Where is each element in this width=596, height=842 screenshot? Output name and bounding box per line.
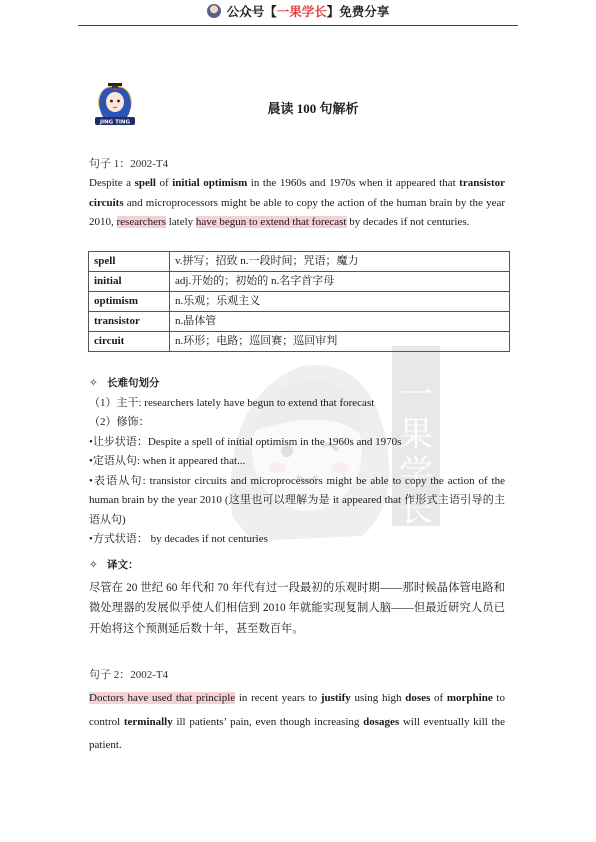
diamond-bullet-icon: ✧ bbox=[89, 374, 107, 394]
top-banner: 公众号【一果学长】免费分享 bbox=[0, 0, 596, 28]
vocab-meaning: n.乐观；乐观主义 bbox=[170, 292, 510, 312]
page-title-text: 晨读 100 句解析 bbox=[267, 98, 358, 117]
sentence-2-label: 句子 2：2002-T4 bbox=[89, 666, 168, 682]
text-segment: lately bbox=[166, 216, 196, 228]
highlight-subject: Doctors have used that principle bbox=[89, 692, 235, 704]
text-segment: in the 1960s and 1970s when it appeared … bbox=[247, 177, 459, 189]
analysis-line: •定语从句: when it appeared that... bbox=[89, 452, 505, 472]
analysis-line: •方式状语： by decades if not centuries bbox=[89, 530, 505, 550]
translation-section: ✧译文： 尽管在 20 世纪 60 年代和 70 年代有过一段最初的乐观时期——… bbox=[89, 556, 505, 639]
banner-suffix: 】免费分享 bbox=[327, 4, 390, 19]
keyword-dosages: dosages bbox=[363, 716, 399, 728]
keyword-initial-optimism: initial optimism bbox=[172, 177, 247, 189]
text-segment: by decades if not centuries. bbox=[347, 216, 470, 228]
vocab-meaning: n.晶体管 bbox=[170, 312, 510, 332]
analysis-heading-text: 长难句划分 bbox=[107, 377, 160, 389]
sentence-1-text: Despite a spell of initial optimism in t… bbox=[89, 174, 505, 233]
translation-heading: ✧译文： bbox=[89, 556, 505, 576]
text-segment: using high bbox=[351, 692, 405, 704]
table-row: circuitn.环形；电路；巡回赛；巡回审判 bbox=[89, 332, 510, 352]
banner-text: 公众号【一果学长】免费分享 bbox=[0, 4, 596, 20]
highlight-predicate: have begun to extend that forecast bbox=[196, 216, 347, 228]
text-segment: of bbox=[430, 692, 447, 704]
vocab-word: circuit bbox=[89, 332, 170, 352]
analysis-line: •让步状语：Despite a spell of initial optimis… bbox=[89, 433, 505, 453]
sentence-1-label: 句子 1：2002-T4 bbox=[89, 155, 168, 171]
translation-heading-text: 译文： bbox=[107, 559, 139, 571]
table-row: optimismn.乐观；乐观主义 bbox=[89, 292, 510, 312]
diamond-bullet-icon: ✧ bbox=[89, 556, 107, 576]
banner-brand: 一果学长 bbox=[277, 4, 327, 19]
keyword-doses: doses bbox=[405, 692, 430, 704]
keyword-spell: spell bbox=[135, 177, 156, 189]
vocab-meaning: adj.开始的；初始的 n.名字首字母 bbox=[170, 272, 510, 292]
sentence-2-text: Doctors have used that principle in rece… bbox=[89, 687, 505, 758]
highlight-subject: researchers bbox=[117, 216, 166, 228]
keyword-terminally: terminally bbox=[124, 716, 173, 728]
keyword-morphine: morphine bbox=[447, 692, 493, 704]
header-divider bbox=[78, 25, 518, 26]
text-segment: Despite a bbox=[89, 177, 135, 189]
table-row: transistorn.晶体管 bbox=[89, 312, 510, 332]
keyword-justify: justify bbox=[321, 692, 351, 704]
analysis-line: （2）修饰： bbox=[89, 413, 505, 433]
analysis-line: •表语从句: transistor circuits and microproc… bbox=[89, 472, 505, 531]
analysis-section: ✧长难句划分 （1）主干: researchers lately have be… bbox=[89, 374, 505, 550]
vocab-word: optimism bbox=[89, 292, 170, 312]
avatar-icon bbox=[207, 4, 221, 18]
analysis-heading: ✧长难句划分 bbox=[89, 374, 505, 394]
vocab-word: initial bbox=[89, 272, 170, 292]
text-segment: ill patients’ pain, even though increasi… bbox=[173, 716, 363, 728]
vocab-word: spell bbox=[89, 252, 170, 272]
svg-text:JING TING: JING TING bbox=[99, 120, 131, 126]
vocab-meaning: v.拼写；招致 n.一段时间；咒语；魔力 bbox=[170, 252, 510, 272]
banner-prefix: 公众号【 bbox=[227, 4, 277, 19]
text-segment: of bbox=[156, 177, 172, 189]
page-title: 晨读 100 句解析 bbox=[0, 98, 596, 117]
table-row: initialadj.开始的；初始的 n.名字首字母 bbox=[89, 272, 510, 292]
vocab-meaning: n.环形；电路；巡回赛；巡回审判 bbox=[170, 332, 510, 352]
analysis-line: （1）主干: researchers lately have begun to … bbox=[89, 394, 505, 414]
vocab-word: transistor bbox=[89, 312, 170, 332]
text-segment: in recent years to bbox=[235, 692, 321, 704]
translation-text: 尽管在 20 世纪 60 年代和 70 年代有过一段最初的乐观时期——那时候晶体… bbox=[89, 578, 505, 640]
table-row: spellv.拼写；招致 n.一段时间；咒语；魔力 bbox=[89, 252, 510, 272]
vocab-table: spellv.拼写；招致 n.一段时间；咒语；魔力 initialadj.开始的… bbox=[88, 251, 510, 352]
